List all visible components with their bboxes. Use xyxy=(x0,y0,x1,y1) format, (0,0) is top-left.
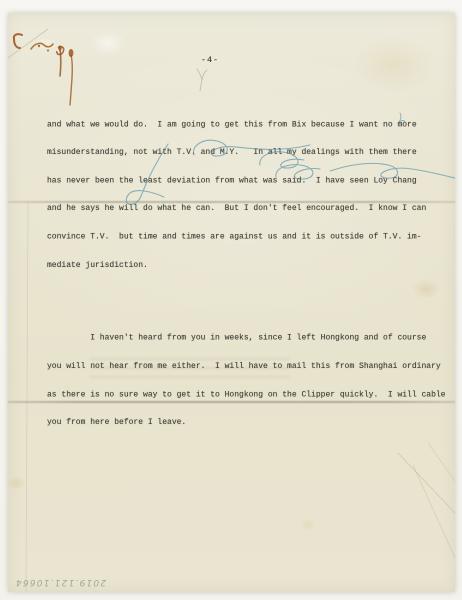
typed-line: mediate jurisdiction. xyxy=(47,261,447,270)
accession-number-pencil: 2019.121.10664 xyxy=(10,569,106,587)
typed-line: you will not hear from me either. I will… xyxy=(47,362,447,371)
typed-line: you from here before I leave. xyxy=(47,418,447,427)
typed-line: as there is no sure way to get it to Hon… xyxy=(47,390,447,399)
typed-line: has never been the least deviation from … xyxy=(47,176,447,185)
page-number: -4- xyxy=(190,55,230,65)
typed-line: convince T.V. but time and times are aga… xyxy=(47,233,447,242)
paragraph-1: and what we would do. I am going to get … xyxy=(47,101,447,289)
typed-line: and he says he will do what he can. But … xyxy=(47,204,447,213)
typed-letter-body: and what we would do. I am going to get … xyxy=(47,82,447,465)
typed-line: misunderstanding, not with T.V. and M.Y.… xyxy=(47,148,447,157)
typed-line: and what we would do. I am going to get … xyxy=(47,120,447,129)
paragraph-2: I haven't heard from you in weeks, since… xyxy=(47,315,447,447)
typed-line: I haven't heard from you in weeks, since… xyxy=(47,334,447,343)
letter-paper-sheet: -4- and what we would do. I am going to … xyxy=(8,13,455,592)
